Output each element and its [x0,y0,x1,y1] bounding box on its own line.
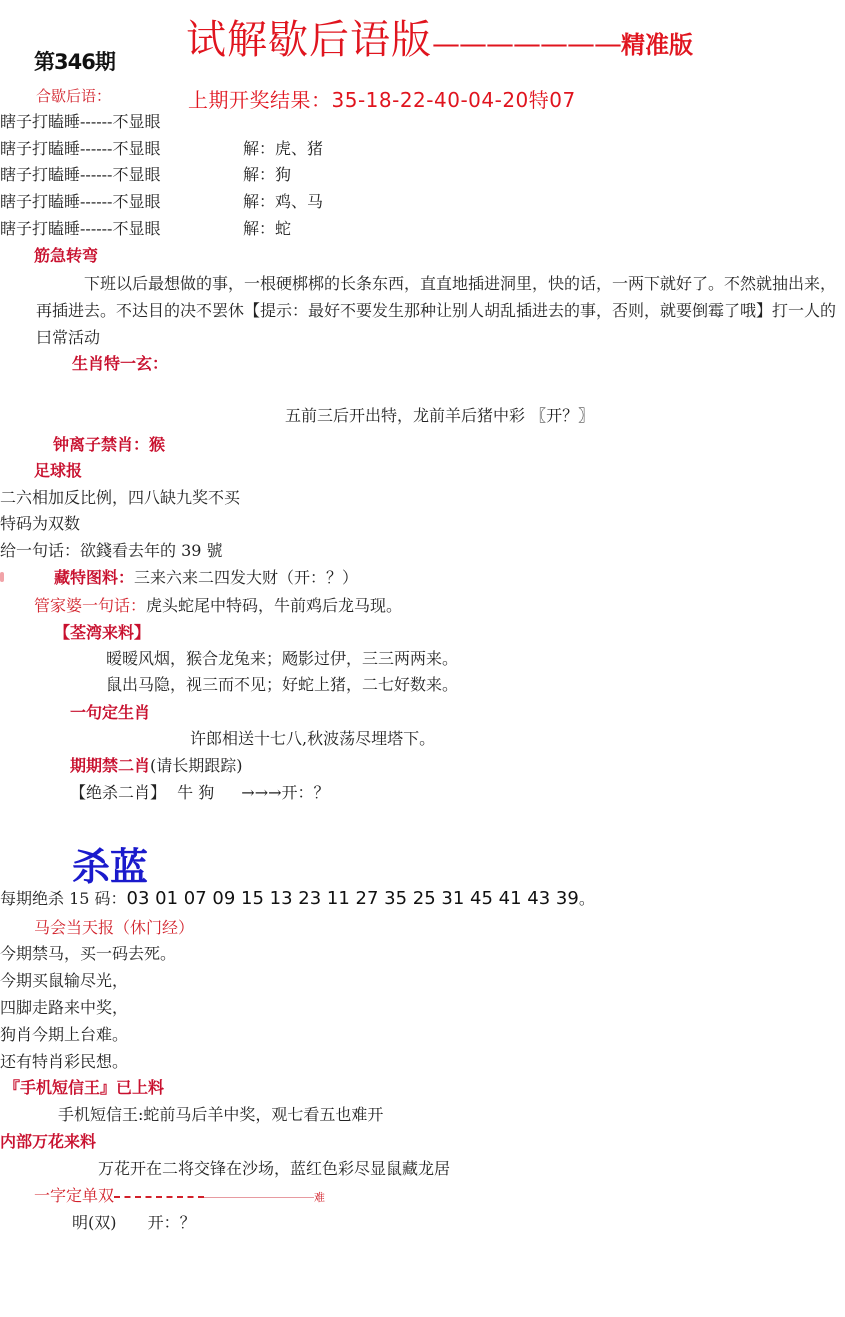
yiju-label: 一句定生肖 [70,703,150,723]
title-sub: 精准版 [621,31,693,59]
qiqi-line-label: 【绝杀二肖】 [70,783,166,802]
danshuang-result: 开：？ [148,1213,196,1232]
football-line: 二六相加反比例，四八缺九奖不买 [0,488,240,508]
riddle-text: 下班以后最想做的事，一根硬梆梆的长条东西，直直地插进洞里，快的话，一两下就好了。… [36,270,844,351]
guanjiapo-text: 虎头蛇尾中特码，牛前鸡后龙马现。 [146,596,402,615]
xiehouyu-row: 瞎子打瞌睡------不显眼 [0,219,160,239]
qiqi-label: 期期禁二肖 [70,756,150,775]
last-result-value: 35-18-22-40-04-20特07 [332,88,576,112]
qiqi-line: 【绝杀二肖】 牛 狗 →→→开：？ [70,783,330,803]
xiehouyu-answer: 解：蛇 [243,219,291,239]
xiehouyu-row: 瞎子打瞌睡------不显眼 [0,192,160,212]
red-mark-decoration [0,572,4,582]
xiehouyu-answer: 解：鸡、马 [243,192,323,212]
qiqi-result: 开：？ [282,783,330,802]
sms-label: 『手机短信王』已上料 [4,1078,164,1098]
football-line: 给一句话：欲錢看去年的 39 號 [0,541,223,561]
yiju-text: 许郎相送十七八,秋波荡尽埋塔下。 [190,729,435,749]
wanhua-label: 内部万花来料 [0,1132,96,1152]
mahui-line: 今期禁马，买一码去死。 [0,944,176,964]
qiqi-note: (请长期跟踪) [150,756,243,775]
danshuang-row: 一字定单双难 [34,1186,325,1208]
riddle-label: 筋急转弯 [34,246,98,266]
mahui-label: 马会当天报（休门经） [34,918,194,938]
shalan-numbers: 03 01 07 09 15 13 23 11 27 35 25 31 45 4… [127,888,579,909]
shengxiao-te-text: 五前三后开出特，龙前羊后猪中彩 〖开？〗 [285,406,594,426]
cangte-row: 藏特图料：三来六来二四发大财（开：？） [54,568,358,588]
football-line: 特码为双数 [0,514,80,534]
mahui-line: 四脚走路来中奖， [0,998,128,1018]
xiehouyu-label: 合歇后语： [36,86,111,106]
quanwan-line: 鼠出马隐，视三而不见；好蛇上猪，二七好数来。 [106,675,458,695]
cangte-label: 藏特图料： [54,568,134,587]
shalan-end: 。 [579,889,595,908]
football-label: 足球报 [34,461,82,481]
shalan-label: 每期绝杀 15 码： [0,889,127,908]
mahui-line: 今期买鼠输尽光， [0,971,128,991]
quanwan-line: 暧暧风烟，猴合龙兔来；飏影过伊，三三两两来。 [106,649,458,669]
guanjiapo-label: 管家婆一句话： [34,596,146,615]
qiqi-line-value: 牛 狗 [177,783,214,802]
mahui-line: 狗肖今期上台难。 [0,1025,128,1045]
title-main: 试解歇后语版 [186,17,432,63]
xiehouyu-answer: 解：狗 [243,165,291,185]
wanhua-text: 万花开在二将交锋在沙场，蓝红色彩尽显鼠藏龙居 [98,1159,450,1179]
danshuang-answer: 明(双) [72,1213,117,1232]
cangte-text: 三来六来二四发大财（开：？） [134,568,358,587]
shalan-title: 杀蓝 [72,836,148,891]
danshuang-tail: 难 [314,1191,325,1204]
danshuang-answer-row: 明(双) 开：？ [72,1213,196,1233]
dashed-divider [114,1187,314,1207]
sms-text: 手机短信王:蛇前马后羊中奖，观七看五也难开 [58,1105,383,1125]
mahui-line: 还有特肖彩民想。 [0,1052,128,1072]
xiehouyu-row: 瞎子打瞌睡------不显眼 [0,165,160,185]
shengxiao-te-label: 生肖特一玄： [72,354,168,374]
quanwan-label: 【荃湾来料】 [54,623,150,643]
last-result: 上期开奖结果：35-18-22-40-04-20特07 [188,84,576,113]
xiehouyu-row: 瞎子打瞌睡------不显眼 [0,139,160,159]
title-dash: ——————— [432,27,621,60]
guanjiapo-row: 管家婆一句话：虎头蛇尾中特码，牛前鸡后龙马现。 [34,596,402,616]
shalan-row: 每期绝杀 15 码：03 01 07 09 15 13 23 11 27 35 … [0,889,595,909]
xiehouyu-answer: 解：虎、猪 [243,139,323,159]
zhongli-label: 钟离子禁肖：猴 [53,435,165,455]
issue-number: 第346期 [34,46,115,76]
qiqi-row: 期期禁二肖(请长期跟踪) [70,756,243,776]
last-result-label: 上期开奖结果： [188,88,332,112]
page-title: 试解歇后语版———————精准版 [186,16,693,69]
xiehouyu-row: 瞎子打瞌睡------不显眼 [0,112,160,132]
arrows-icon: →→→ [241,783,281,802]
danshuang-label: 一字定单双 [34,1186,114,1205]
